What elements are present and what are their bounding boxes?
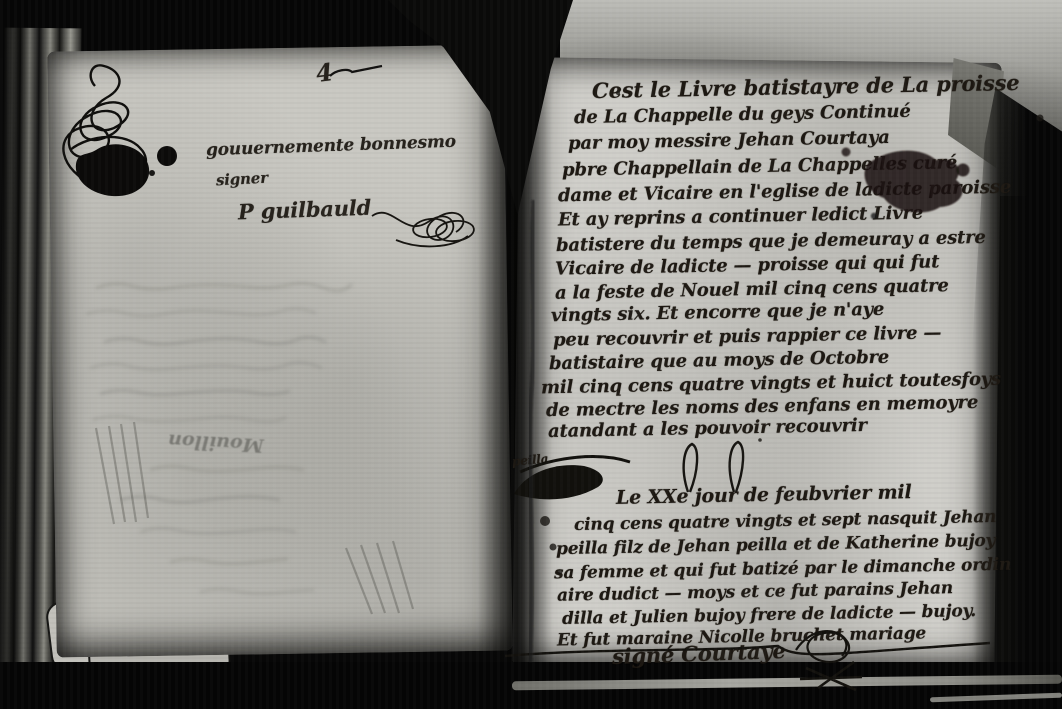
left-inscription-line-2: signer bbox=[216, 169, 269, 190]
folio-mark: 4 bbox=[314, 57, 334, 88]
left-page-signature: P guilbauld bbox=[238, 195, 372, 225]
manuscript-photo: 4 gouuernemente bonnesmo signer P guilba… bbox=[0, 0, 1062, 709]
